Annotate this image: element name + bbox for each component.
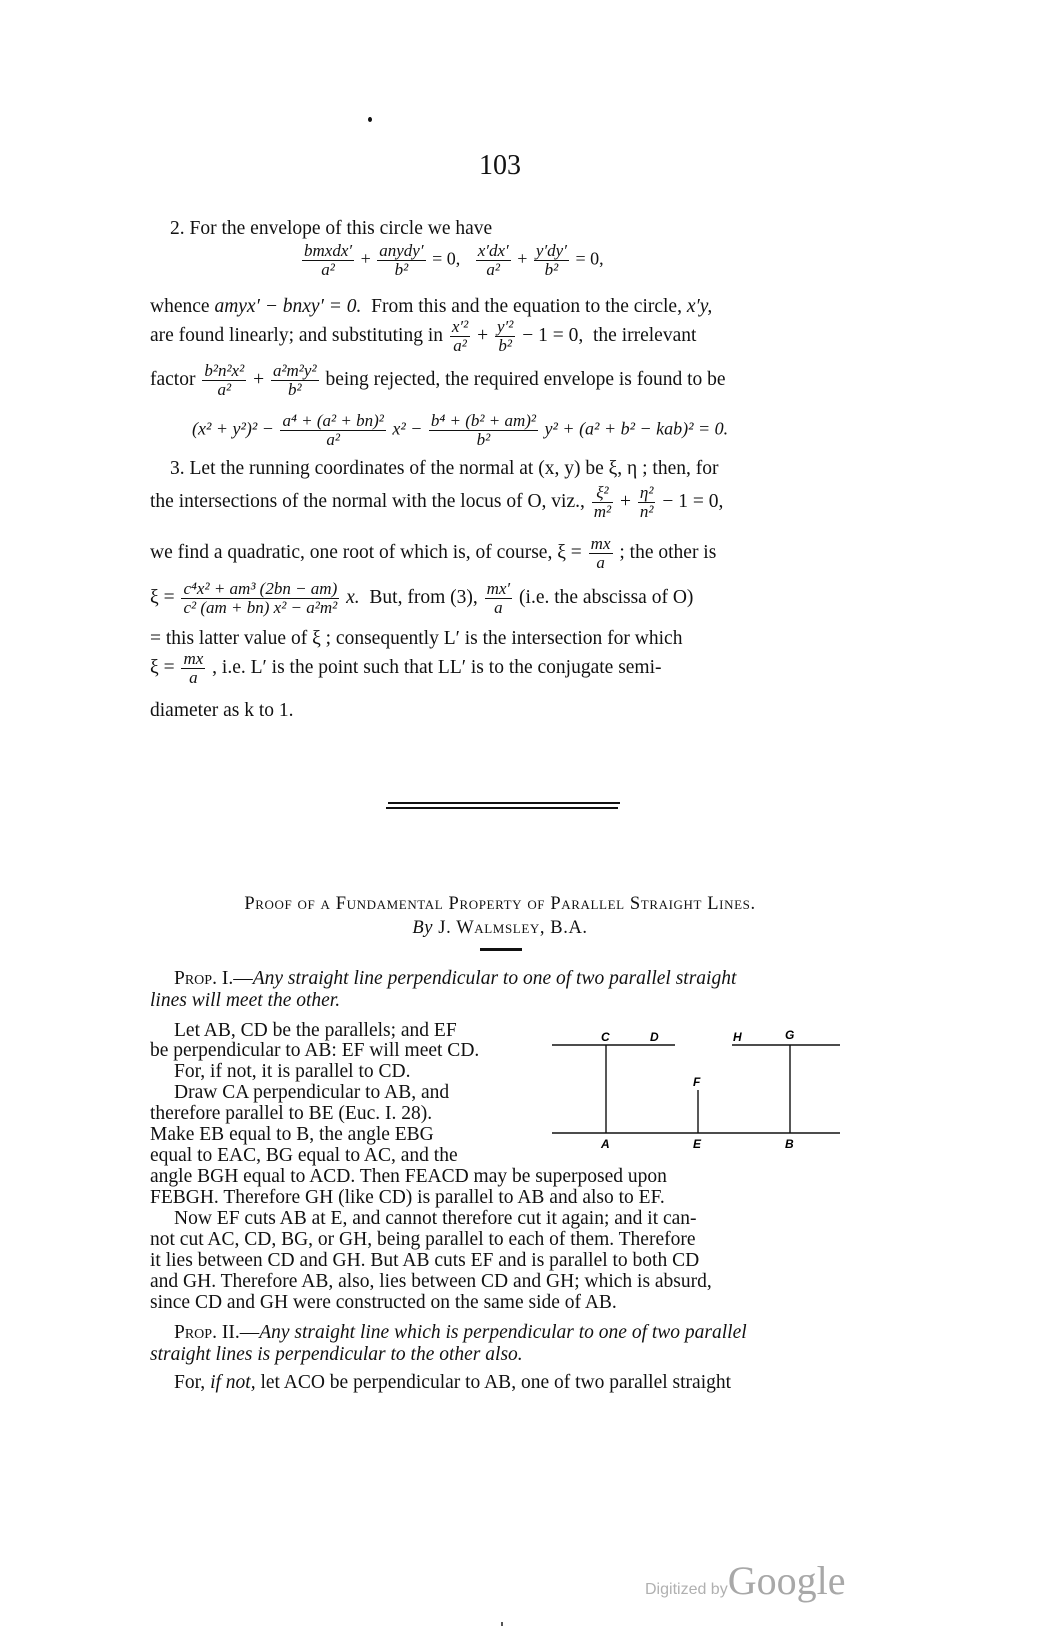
equation-envelope-differentials: bmxdx′a² + anydy′b² = 0, x′dx′a² + y′dy′… xyxy=(300,242,604,279)
prop-1-full-line-3: Now EF cuts AB at E, and cannot therefor… xyxy=(174,1208,697,1230)
parallel-lines-diagram: C D H G F A E B xyxy=(550,1020,850,1150)
fraction: b²n²x²a² xyxy=(202,362,246,399)
label-a: A xyxy=(600,1137,610,1150)
section-2-line-3: are found linearly; and substituting in … xyxy=(150,318,696,355)
prop-1-full-line-1: angle BGH equal to ACD. Then FEACD may b… xyxy=(150,1166,667,1188)
watermark-prefix: Digitized by xyxy=(645,1581,728,1598)
fraction: mxa xyxy=(589,535,613,572)
prop-1-full-line-7: since CD and GH were constructed on the … xyxy=(150,1292,617,1314)
label-e: E xyxy=(693,1137,702,1150)
fraction: b⁴ + (b² + am)²b² xyxy=(429,412,538,449)
fraction: y′dy′b² xyxy=(534,242,569,279)
prop-1-full-line-2: FEBGH. Therefore GH (like CD) is paralle… xyxy=(150,1187,665,1209)
digitized-watermark: Digitized byGoogle xyxy=(645,1557,845,1604)
label-c: C xyxy=(601,1030,610,1044)
section-2-line-2: whence amyx′ − bnxy′ = 0. From this and … xyxy=(150,296,712,318)
fraction: c⁴x² + am³ (2bn − am)c² (am + bn) x² − a… xyxy=(181,580,339,617)
section-3-line-3: we find a quadratic, one root of which i… xyxy=(150,535,716,572)
section-2-line-4: factor b²n²x²a² + a²m²y²b² being rejecte… xyxy=(150,362,726,399)
article-byline: By J. Walmsley, B.A. xyxy=(0,918,1000,939)
fraction: mx′a xyxy=(485,580,513,617)
google-logo: Google xyxy=(728,1558,846,1603)
fraction: x′²a² xyxy=(450,318,470,355)
section-2-intro: 2. For the envelope of this circle we ha… xyxy=(170,218,492,240)
prop-1-left-line-3: For, if not, it is parallel to CD. xyxy=(174,1061,410,1083)
prop-2-statement-line-2: straight lines is perpendicular to the o… xyxy=(150,1344,523,1366)
label-d: D xyxy=(650,1030,659,1044)
section-3-line-1: 3. Let the running coordinates of the no… xyxy=(170,458,719,480)
section-3-line-7: diameter as k to 1. xyxy=(150,700,294,722)
fraction: η²n² xyxy=(638,484,656,521)
fraction: ξ²m² xyxy=(592,484,613,521)
printer-mark-bottom xyxy=(501,1622,503,1626)
page-number: 103 xyxy=(0,150,1000,182)
prop-1-full-line-6: and GH. Therefore AB, also, lies between… xyxy=(150,1271,712,1293)
prop-1-left-line-7: equal to EAC, BG equal to AC, and the xyxy=(150,1145,458,1167)
fraction: a²m²y²b² xyxy=(271,362,319,399)
fraction: mxa xyxy=(181,650,205,687)
label-h: H xyxy=(733,1030,742,1044)
prop-1-left-line-2: be perpendicular to AB: EF will meet CD. xyxy=(150,1040,479,1062)
section-3-line-5: = this latter value of ξ ; consequently … xyxy=(150,628,682,650)
prop-1-full-line-5: it lies between CD and GH. But AB cuts E… xyxy=(150,1250,699,1272)
prop-1-left-line-4: Draw CA perpendicular to AB, and xyxy=(174,1082,449,1104)
prop-1-statement-line-1: Prop. I.—Any straight line perpendicular… xyxy=(174,968,736,990)
label-f: F xyxy=(693,1075,701,1089)
section-3-line-6: ξ = mxa , i.e. L′ is the point such that… xyxy=(150,650,662,687)
prop-1-left-line-6: Make EB equal to B, the angle EBG xyxy=(150,1124,434,1146)
prop-1-statement-line-2: lines will meet the other. xyxy=(150,990,340,1012)
section-3-line-2: the intersections of the normal with the… xyxy=(150,484,723,521)
prop-1-left-line-5: therefore parallel to BE (Euc. I. 28). xyxy=(150,1103,432,1125)
equation-envelope-result: (x² + y²)² − a⁴ + (a² + bn)²a² x² − b⁴ +… xyxy=(192,412,728,449)
prop-1-left-line-1: Let AB, CD be the parallels; and EF xyxy=(174,1020,540,1042)
byline-rule xyxy=(480,948,522,951)
section-divider-bottom xyxy=(386,807,618,809)
fraction: y′²b² xyxy=(495,318,515,355)
fraction: a⁴ + (a² + bn)²a² xyxy=(280,412,385,449)
prop-1-full-line-4: not cut AC, CD, BG, or GH, being paralle… xyxy=(150,1229,696,1251)
label-b: B xyxy=(785,1137,794,1150)
fraction: anydy′b² xyxy=(377,242,425,279)
fraction: bmxdx′a² xyxy=(302,242,354,279)
prop-2-line-1: For, if not, let ACO be perpendicular to… xyxy=(174,1372,731,1394)
article-title: Proof of a Fundamental Property of Paral… xyxy=(0,894,1000,915)
prop-2-statement-line-1: Prop. II.—Any straight line which is per… xyxy=(174,1322,747,1344)
section-3-line-4: ξ = c⁴x² + am³ (2bn − am)c² (am + bn) x²… xyxy=(150,580,693,617)
printer-mark xyxy=(368,117,372,122)
fraction: x′dx′a² xyxy=(476,242,511,279)
section-divider-top xyxy=(388,802,620,804)
label-g: G xyxy=(785,1028,794,1042)
